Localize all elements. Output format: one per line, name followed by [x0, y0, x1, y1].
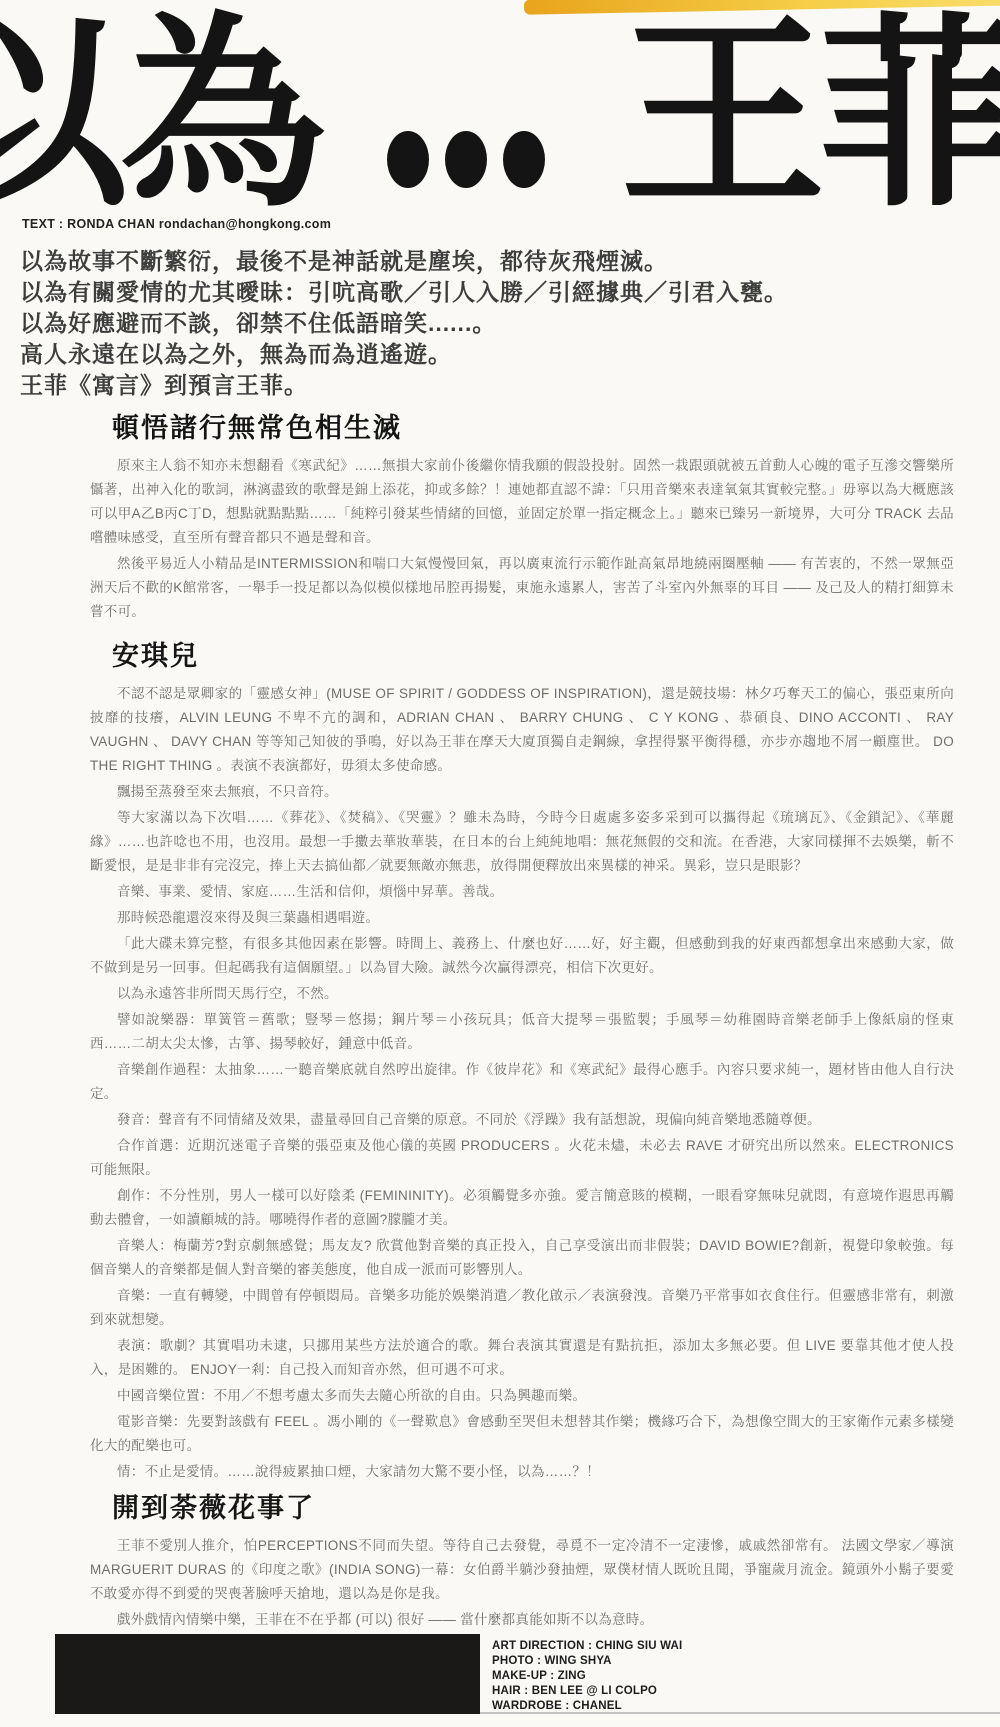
credit-line: MAKE-UP : ZING — [492, 1669, 682, 1684]
magazine-page: { "article": { "title": { "left": "以為", … — [0, 0, 1000, 1727]
body-paragraph: 不認不認是眾卿家的「靈感女神」(MUSE OF SPIRIT / GODDESS… — [90, 682, 954, 778]
intro-line: 王菲《寓言》到預言王菲。 — [20, 370, 970, 400]
body-paragraph: 然後平易近人小精品是INTERMISSION和喘口大氣慢慢回氣，再以廣東流行示範… — [90, 552, 954, 624]
body-paragraph: 等大家滿以為下次唱……《葬花》、《焚稿》、《哭靈》？雖未為時，今時今日處處多姿多… — [90, 806, 954, 878]
bottom-rule — [480, 1712, 1000, 1714]
body-paragraph: 表演：歌劇？其實唱功未逮，只挪用某些方法於適合的歌。舞台表演其實還是有點抗拒，添… — [90, 1334, 954, 1382]
body-paragraph: 戲外戲情內情樂中樂，王菲在不在乎都 (可以) 很好 —— 當什麼都真能如斯不以為… — [90, 1608, 954, 1632]
section-epiphany: 頓悟諸行無常色相生滅 原來主人翁不知亦未想翻看《寒武紀》……無損大家前仆後繼你情… — [0, 412, 1000, 626]
footer-black-box — [55, 1634, 480, 1714]
intro-line: 高人永遠在以為之外，無為而為逍遙遊。 — [20, 339, 970, 369]
section-heading: 安琪兒 — [112, 640, 955, 672]
body-paragraph: 飄揚至蒸發至來去無痕，不只音符。 — [90, 780, 954, 804]
intro-line: 以為有關愛情的尤其曖昧：引吭高歌／引人入勝／引經據典／引君入甕。 — [20, 277, 970, 307]
body-paragraph: 創作：不分性別，男人一樣可以好陰柔 (FEMININITY)。必須觸覺多亦強。愛… — [90, 1184, 954, 1232]
intro-block: 以為故事不斷繁衍，最後不是神話就是塵埃，都待灰飛煙滅。 以為有關愛情的尤其曖昧：… — [20, 246, 970, 401]
credit-line: PHOTO : WING SHYA — [492, 1654, 682, 1669]
body-paragraph: 以為永遠答非所問天馬行空，不然。 — [90, 982, 954, 1006]
section-heading: 開到荼薇花事了 — [112, 1492, 955, 1524]
body-paragraph: 譬如說樂器：單簧管＝舊歌；豎琴＝悠揚；鋼片琴＝小孩玩具；低音大提琴＝張監製；手風… — [90, 1008, 954, 1056]
body-paragraph: 發音：聲音有不同情緒及效果，盡量尋回自己音樂的原意。不同於《浮躁》我有話想說，現… — [90, 1108, 954, 1132]
byline: TEXT : RONDA CHAN rondachan@hongkong.com — [22, 217, 331, 231]
page-title-right: 王菲 — [620, 12, 1000, 218]
body-paragraph: 音樂人：梅蘭芳?對京劇無感覺；馬友友? 欣賞他對音樂的真正投入，自己享受演出而非… — [90, 1234, 954, 1282]
credits-block: ART DIRECTION : CHING SIU WAI PHOTO : WI… — [492, 1639, 682, 1714]
body-paragraph: 合作首選：近期沉迷電子音樂的張亞東及他心儀的英國 PRODUCERS 。火花未燼… — [90, 1134, 954, 1182]
body-paragraph: 電影音樂：先要對該戲有 FEEL 。馮小剛的《一聲歎息》會感動至哭但未想替其作樂… — [90, 1410, 954, 1458]
body-paragraph: 音樂創作過程：太抽象……一聽音樂底就自然哼出旋律。作《彼岸花》和《寒武紀》最得心… — [90, 1058, 954, 1106]
body-paragraph: 音樂：一直有轉變，中間曾有停頓悶局。音樂多功能於娛樂消遣／教化啟示／表演發洩。音… — [90, 1284, 954, 1332]
body-paragraph: 情：不止是愛情。……說得疲累抽口煙，大家請勿大驚不要小怪，以為……？！ — [90, 1460, 954, 1484]
credit-line: ART DIRECTION : CHING SIU WAI — [492, 1639, 682, 1654]
page-title-left: 以為 — [0, 12, 318, 218]
page-title: 以為 王菲 — [0, 10, 1000, 218]
intro-line: 以為故事不斷繁衍，最後不是神話就是塵埃，都待灰飛煙滅。 — [20, 246, 970, 276]
section-angel: 安琪兒 不認不認是眾卿家的「靈感女神」(MUSE OF SPIRIT / GOD… — [0, 640, 1000, 1486]
body-paragraph: 音樂、事業、愛情、家庭……生活和信仰，煩惱中昇華。善哉。 — [90, 880, 954, 904]
body-paragraph: 中國音樂位置：不用／不想考慮太多而失去隨心所欲的自由。只為興趣而樂。 — [90, 1384, 954, 1408]
body-paragraph: 「此大碟未算完整，有很多其他因素在影響。時間上、義務上、什麼也好……好，好主觀，… — [90, 932, 954, 980]
credit-line: HAIR : BEN LEE @ LI COLPO — [492, 1684, 682, 1699]
body-paragraph: 原來主人翁不知亦未想翻看《寒武紀》……無損大家前仆後繼你情我願的假設投射。固然一… — [90, 454, 954, 550]
section-heading: 頓悟諸行無常色相生滅 — [112, 412, 955, 444]
section-flowers: 開到荼薇花事了 王菲不愛別人推介，怕PERCEPTIONS不同而失望。等待自己去… — [0, 1492, 1000, 1634]
body-paragraph: 王菲不愛別人推介，怕PERCEPTIONS不同而失望。等待自己去發覺，尋覓不一定… — [90, 1534, 954, 1606]
intro-line: 以為好應避而不談，卻禁不住低語暗笑......。 — [20, 308, 970, 338]
title-dots — [387, 131, 545, 188]
body-paragraph: 那時候恐龍還沒來得及與三葉蟲相遇唱遊。 — [90, 906, 954, 930]
